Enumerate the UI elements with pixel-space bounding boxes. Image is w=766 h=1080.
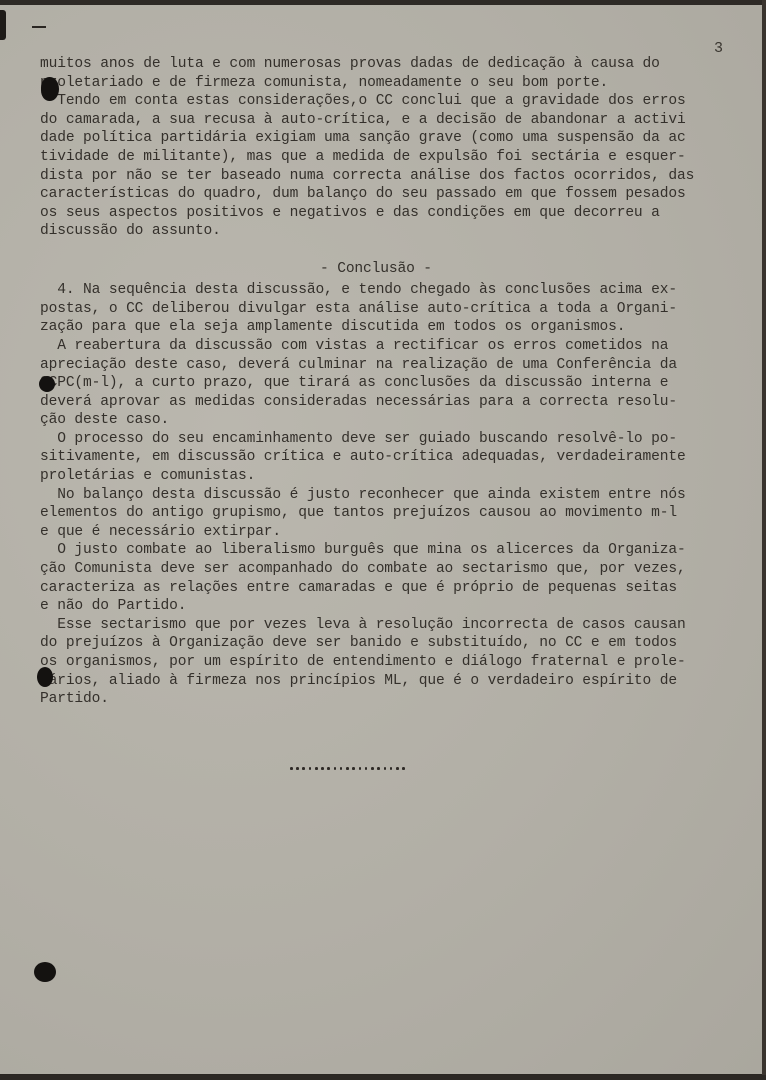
text-line: O processo do seu encaminhamento deve se… xyxy=(40,430,752,449)
punch-hole-mark xyxy=(34,962,56,982)
text-line: sitivamente, em discussão crítica e auto… xyxy=(40,448,752,467)
text-line: tários, aliado à firmeza nos princípios … xyxy=(40,672,752,691)
separator-dot xyxy=(296,767,299,770)
scan-edge-left xyxy=(0,10,6,40)
closing-separator xyxy=(290,767,405,770)
separator-dot xyxy=(334,767,337,770)
text-line: OCPC(m-l), a curto prazo, que tirará as … xyxy=(40,374,752,393)
text-line: Tendo em conta estas considerações,o CC … xyxy=(40,92,752,111)
text-line: características do quadro, dum balanço d… xyxy=(40,185,752,204)
separator-dot xyxy=(346,767,349,770)
punch-hole-mark xyxy=(39,376,55,392)
typed-body: muitos anos de luta e com numerosas prov… xyxy=(40,55,752,709)
text-line: Esse sectarismo que por vezes leva à res… xyxy=(40,616,752,635)
text-line: No balanço desta discussão é justo recon… xyxy=(40,486,752,505)
text-line: muitos anos de luta e com numerosas prov… xyxy=(40,55,752,74)
punch-hole-mark xyxy=(41,77,59,101)
text-line: dista por não se ter baseado numa correc… xyxy=(40,167,752,186)
text-line: Partido. xyxy=(40,690,752,709)
text-line: proletárias e comunistas. xyxy=(40,467,752,486)
separator-dot xyxy=(302,767,305,770)
text-line: ção deste caso. xyxy=(40,411,752,430)
separator-dot xyxy=(352,767,355,770)
text-line: os seus aspectos positivos e negativos e… xyxy=(40,204,752,223)
text-line: os organismos, por um espírito de entend… xyxy=(40,653,752,672)
separator-dot xyxy=(321,767,324,770)
text-line: caracteriza as relações entre camaradas … xyxy=(40,579,752,598)
separator-dot xyxy=(390,767,393,770)
separator-dot xyxy=(309,767,312,770)
text-line: proletariado e de firmeza comunista, nom… xyxy=(40,74,752,93)
text-line: elementos do antigo grupismo, que tantos… xyxy=(40,504,752,523)
separator-dot xyxy=(371,767,374,770)
text-line: e que é necessário extirpar. xyxy=(40,523,752,542)
text-line: O justo combate ao liberalismo burguês q… xyxy=(40,541,752,560)
scan-edge-top xyxy=(0,0,766,5)
separator-dot xyxy=(396,767,399,770)
separator-dot xyxy=(402,767,405,770)
text-line: zação para que ela seja amplamente discu… xyxy=(40,318,752,337)
separator-dot xyxy=(365,767,368,770)
text-line: dade política partidária exigiam uma san… xyxy=(40,129,752,148)
separator-dot xyxy=(377,767,380,770)
document-page: 3 muitos anos de luta e com numerosas pr… xyxy=(0,4,762,1074)
text-line: apreciação deste caso, deverá culminar n… xyxy=(40,356,752,375)
section-heading: - Conclusão - xyxy=(40,260,752,279)
text-line: deverá aprovar as medidas consideradas n… xyxy=(40,393,752,412)
scan-edge-bottom xyxy=(0,1075,766,1080)
separator-dot xyxy=(315,767,318,770)
text-line: postas, o CC deliberou divulgar esta aná… xyxy=(40,300,752,319)
separator-dot xyxy=(384,767,387,770)
separator-dot xyxy=(340,767,343,770)
text-line: tividade de militante), mas que a medida… xyxy=(40,148,752,167)
text-line: 4. Na sequência desta discussão, e tendo… xyxy=(40,281,752,300)
punch-hole-mark xyxy=(37,667,53,687)
separator-dot xyxy=(359,767,362,770)
separator-dot xyxy=(290,767,293,770)
corner-mark xyxy=(32,26,46,28)
text-line: do camarada, a sua recusa à auto-crítica… xyxy=(40,111,752,130)
text-line: discussão do assunto. xyxy=(40,222,752,241)
text-line: ção Comunista deve ser acompanhado do co… xyxy=(40,560,752,579)
separator-dot xyxy=(327,767,330,770)
scan-edge-right xyxy=(762,0,766,1080)
text-line: do prejuízos à Organização deve ser bani… xyxy=(40,634,752,653)
text-line: A reabertura da discussão com vistas a r… xyxy=(40,337,752,356)
text-line: e não do Partido. xyxy=(40,597,752,616)
